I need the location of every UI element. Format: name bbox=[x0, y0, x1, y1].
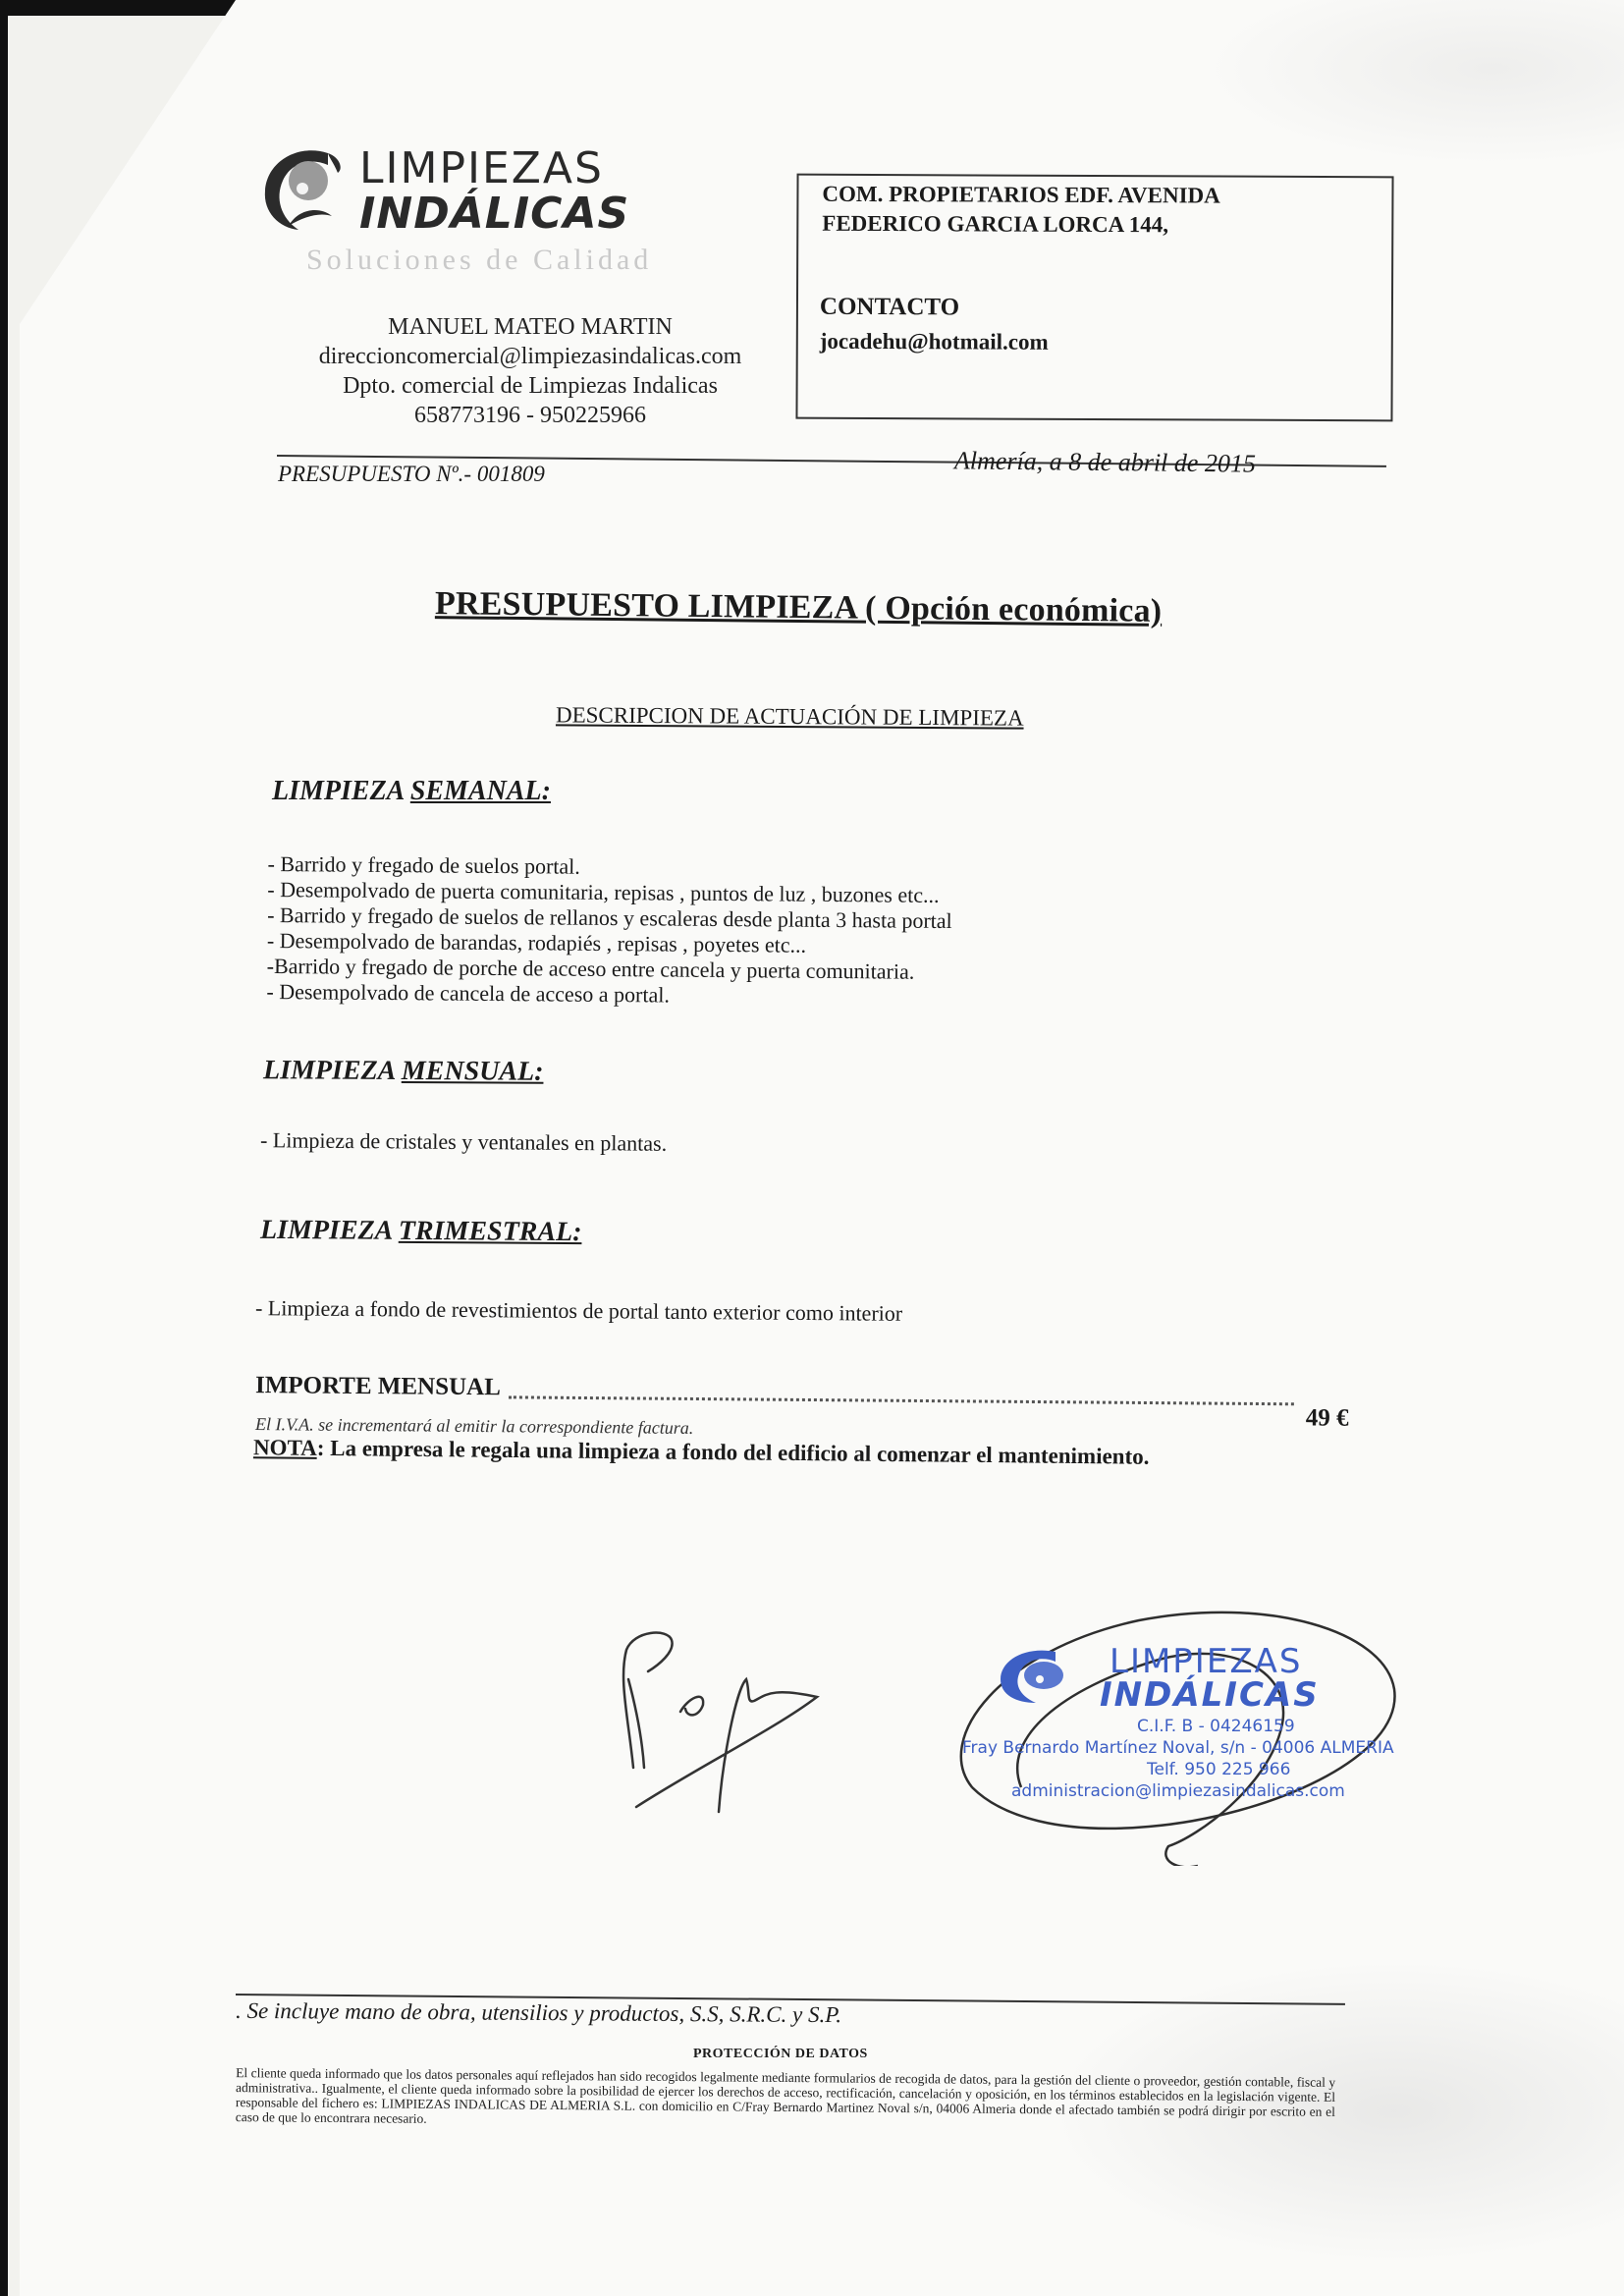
stamp-brand-line2: INDÁLICAS bbox=[1100, 1675, 1320, 1715]
stamp-address: Fray Bernardo Martínez Noval, s/n - 0400… bbox=[962, 1738, 1394, 1758]
recipient-contact-label: CONTACTO bbox=[820, 294, 959, 322]
company-logo-icon bbox=[259, 143, 350, 234]
sender-name: MANUEL MATEO MARTIN bbox=[295, 312, 766, 342]
logo-tagline: Soluciones de Calidad bbox=[306, 244, 652, 277]
amount-label: IMPORTE MENSUAL bbox=[255, 1372, 501, 1400]
section-period: MENSUAL: bbox=[402, 1056, 544, 1087]
section-period: SEMANAL: bbox=[410, 776, 551, 806]
stamp-logo-icon bbox=[997, 1646, 1085, 1705]
footer-included-note: . Se incluye mano de obra, utensilios y … bbox=[236, 1998, 841, 2028]
list-item: - Limpieza de cristales y ventanales en … bbox=[260, 1127, 667, 1157]
section-prefix: LIMPIEZA bbox=[260, 1215, 399, 1246]
privacy-text: El cliente queda informado que los datos… bbox=[236, 2065, 1335, 2134]
section-prefix: LIMPIEZA bbox=[263, 1055, 402, 1086]
recipient-address: COM. PROPIETARIOS EDF. AVENIDA FEDERICO … bbox=[822, 180, 1220, 241]
stamp-cif: C.I.F. B - 04246159 bbox=[1137, 1717, 1295, 1736]
recipient-contact-email: jocadehu@hotmail.com bbox=[820, 329, 1049, 355]
recipient-address-line1: COM. PROPIETARIOS EDF. AVENIDA bbox=[822, 180, 1219, 211]
section-heading-monthly: LIMPIEZA MENSUAL: bbox=[263, 1055, 544, 1087]
logo-brand-line2: INDÁLICAS bbox=[359, 192, 629, 236]
section-prefix: LIMPIEZA bbox=[272, 776, 410, 806]
sender-department: Dpto. comercial de Limpiezas Indalicas bbox=[295, 371, 766, 401]
logo-brand-line1: LIMPIEZAS bbox=[359, 147, 629, 191]
sender-phones: 658773196 - 950225966 bbox=[295, 401, 766, 430]
stamp-phone: Telf. 950 225 966 bbox=[1147, 1760, 1290, 1779]
section-heading-quarterly: LIMPIEZA TRIMESTRAL: bbox=[260, 1215, 582, 1248]
document-title: PRESUPUESTO LIMPIEZA ( Opción económica) bbox=[435, 585, 1163, 630]
monthly-task-list: - Limpieza de cristales y ventanales en … bbox=[260, 1127, 667, 1157]
amount-value: 49 € bbox=[1306, 1404, 1349, 1432]
company-logo-text: LIMPIEZAS INDÁLICAS bbox=[359, 147, 629, 236]
place-date: Almería, a 8 de abril de 2015 bbox=[954, 446, 1256, 478]
weekly-task-list: - Barrido y fregado de suelos portal. - … bbox=[266, 851, 952, 1011]
budget-number: PRESUPUESTO Nº.- 001809 bbox=[278, 462, 545, 487]
recipient-address-line2: FEDERICO GARCIA LORCA 144, bbox=[822, 209, 1219, 241]
stamp-email: administracion@limpiezasindalicas.com bbox=[1011, 1781, 1345, 1801]
section-period: TRIMESTRAL: bbox=[399, 1216, 582, 1247]
privacy-heading: PROTECCIÓN DE DATOS bbox=[693, 2047, 868, 2062]
sender-block: MANUEL MATEO MARTIN direccioncomercial@l… bbox=[295, 312, 766, 430]
sender-email: direccioncomercial@limpiezasindalicas.co… bbox=[295, 342, 766, 371]
recipient-box: COM. PROPIETARIOS EDF. AVENIDA FEDERICO … bbox=[795, 174, 1393, 422]
document-subtitle: DESCRIPCION DE ACTUACIÓN DE LIMPIEZA bbox=[556, 702, 1024, 731]
signature-icon bbox=[589, 1611, 825, 1817]
note-label: NOTA bbox=[253, 1435, 317, 1460]
section-heading-weekly: LIMPIEZA SEMANAL: bbox=[272, 776, 551, 807]
